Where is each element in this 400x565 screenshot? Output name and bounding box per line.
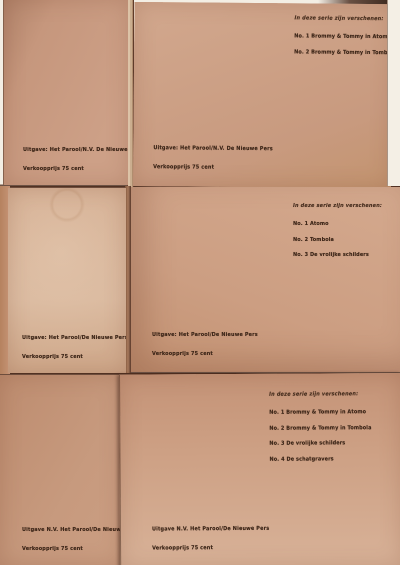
series-item: No. 1 Brommy & Tommy in Atomo — [269, 409, 371, 416]
book-cover-top-right: In deze serie zijn verschenen: No. 1 Bro… — [133, 2, 393, 188]
series-item: No. 2 Tombola — [293, 237, 382, 243]
series-item: No. 1 Atomo — [293, 221, 382, 227]
series-list-block: In deze serie zijn verschenen: No. 1 Bro… — [269, 391, 372, 472]
series-list-block: In deze serie zijn verschenen: No. 1 Ato… — [293, 203, 382, 268]
price-line: Verkoopprijs 75 cent — [153, 164, 273, 171]
book-cover-bottom-left: Uitgave N.V. Het Parool/De Nieuwe Pers V… — [0, 375, 121, 565]
price-line: Verkoopprijs 75 cent — [22, 354, 126, 360]
series-list-block: In deze serie zijn verschenen: No. 1 Bro… — [294, 15, 393, 65]
price-line: Verkoopprijs 75 cent — [152, 351, 258, 357]
publisher-line: Uitgave: Het Parool/De Nieuwe Pers — [22, 335, 126, 341]
imprint-block: Uitgave: Het Parool/De Nieuwe Pers Verko… — [22, 335, 126, 360]
series-item: No. 2 Brommy & Tommy in Tombola — [269, 425, 371, 432]
series-item: No. 2 Brommy & Tommy in Tombola — [294, 49, 392, 56]
publisher-line: Uitgave N.V. Het Parool/De Nieuwe Pers — [152, 526, 269, 533]
series-item: No. 1 Brommy & Tommy in Atomo — [294, 33, 392, 40]
series-item: No. 3 De vrolijke schilders — [269, 440, 371, 447]
imprint-block: Uitgave: Het Parool/N.V. De Nieuwe Pers … — [23, 147, 128, 172]
book-cover-middle-left: Uitgave: Het Parool/De Nieuwe Pers Verko… — [8, 188, 126, 373]
price-line: Verkoopprijs 75 cent — [152, 545, 269, 552]
publisher-line: Uitgave N.V. Het Parool/De Nieuwe Pers — [22, 527, 121, 533]
scanned-book-covers-collage: Uitgave: Het Parool/N.V. De Nieuwe Pers … — [0, 0, 400, 565]
publisher-line: Uitgave: Het Parool/N.V. De Nieuwe Pers — [153, 145, 273, 152]
book-cover-top-left: Uitgave: Het Parool/N.V. De Nieuwe Pers … — [3, 0, 128, 185]
series-header: In deze serie zijn verschenen: — [293, 203, 382, 209]
imprint-block: Uitgave: Het Parool/De Nieuwe Pers Verko… — [152, 332, 258, 357]
imprint-block: Uitgave N.V. Het Parool/De Nieuwe Pers V… — [152, 526, 270, 552]
imprint-block: Uitgave: Het Parool/N.V. De Nieuwe Pers … — [153, 145, 273, 171]
series-header: In deze serie zijn verschenen: — [269, 391, 371, 398]
series-header: In deze serie zijn verschenen: — [294, 15, 392, 22]
series-item: No. 4 De schatgravers — [270, 456, 372, 463]
publisher-line: Uitgave: Het Parool/N.V. De Nieuwe Pers — [23, 147, 128, 153]
scanner-background-strip — [387, 0, 400, 186]
publisher-line: Uitgave: Het Parool/De Nieuwe Pers — [152, 332, 258, 338]
price-line: Verkoopprijs 75 cent — [22, 546, 121, 552]
book-cover-bottom-right: In deze serie zijn verschenen: No. 1 Bro… — [119, 373, 400, 565]
price-line: Verkoopprijs 75 cent — [23, 166, 128, 172]
series-item: No. 3 De vrolijke schilders — [293, 252, 382, 258]
imprint-block: Uitgave N.V. Het Parool/De Nieuwe Pers V… — [22, 527, 121, 552]
book-cover-middle-right: In deze serie zijn verschenen: No. 1 Ato… — [131, 187, 400, 372]
